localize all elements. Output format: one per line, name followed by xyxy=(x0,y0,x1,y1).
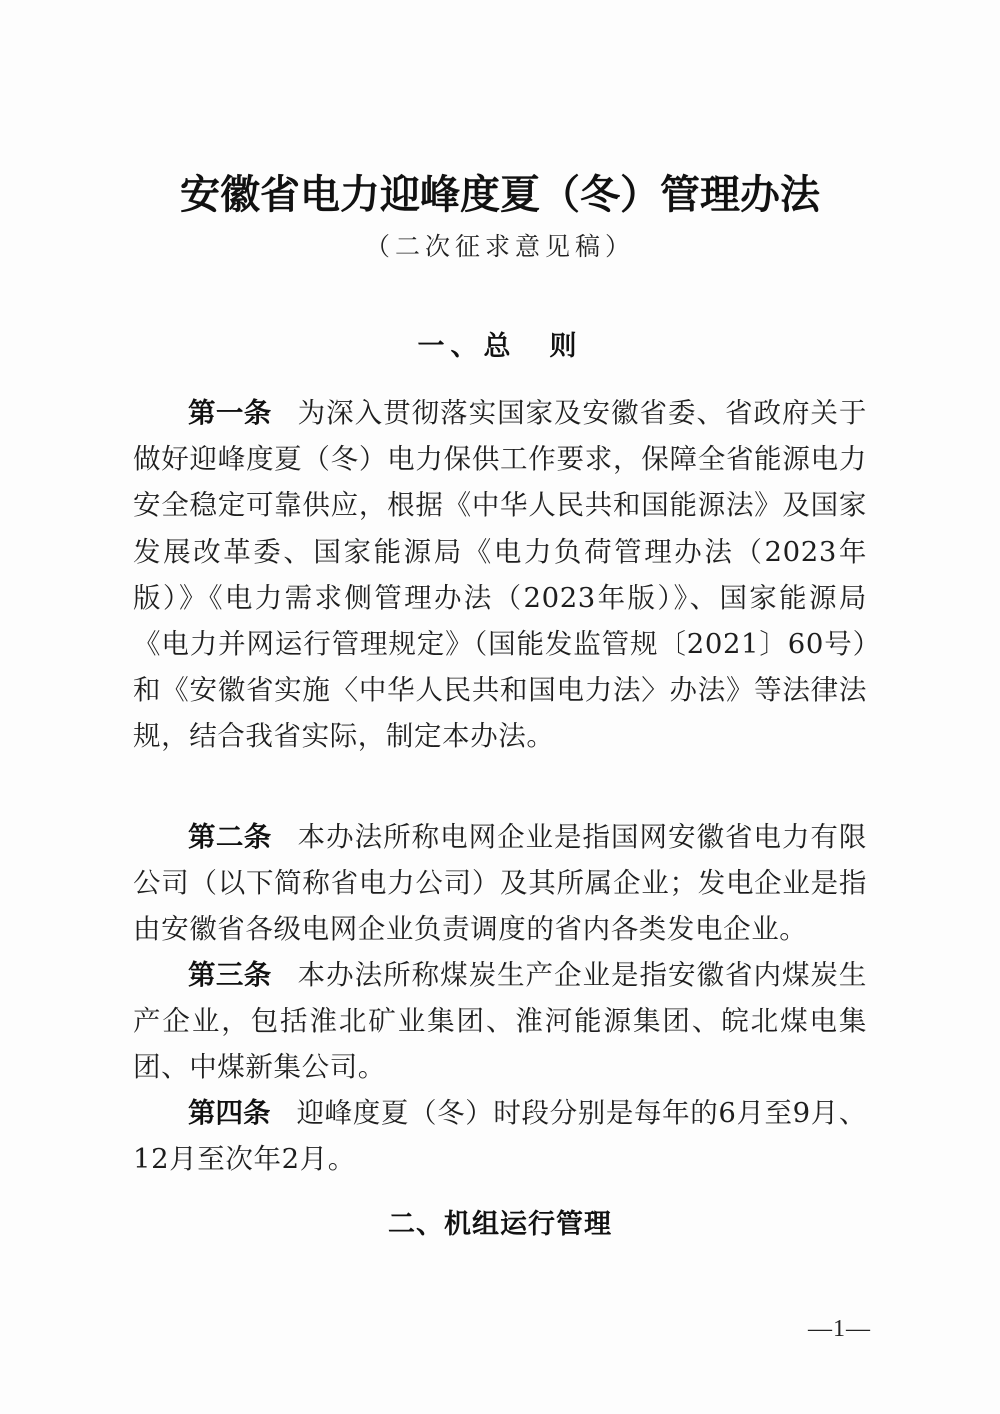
article-3: 第三条本办法所称煤炭生产企业是指安徽省内煤炭生产企业，包括淮北矿业集团、淮河能源… xyxy=(133,952,867,1091)
article-4: 第四条迎峰度夏（冬）时段分别是每年的6月至9月、12月至次年2月。 xyxy=(133,1090,867,1182)
section-heading-unit-operation: 二、机组运行管理 xyxy=(0,1205,1000,1245)
document-title: 安徽省电力迎峰度夏（冬）管理办法 xyxy=(0,170,1000,220)
article-label: 第一条 xyxy=(188,397,272,429)
article-1: 第一条为深入贯彻落实国家及安徽省委、省政府关于做好迎峰度夏（冬）电力保供工作要求… xyxy=(133,390,867,760)
document-subtitle: （二次征求意见稿） xyxy=(0,227,1000,267)
page-number: —1— xyxy=(808,1316,871,1343)
article-label: 第三条 xyxy=(188,959,272,991)
article-2: 第二条本办法所称电网企业是指国网安徽省电力有限公司（以下简称省电力公司）及其所属… xyxy=(133,814,867,953)
document-page: 安徽省电力迎峰度夏（冬）管理办法 （二次征求意见稿） 一、总 则 第一条为深入贯… xyxy=(0,0,1000,1414)
article-text: 为深入贯彻落实国家及安徽省委、省政府关于做好迎峰度夏（冬）电力保供工作要求，保障… xyxy=(133,397,867,752)
article-label: 第二条 xyxy=(188,821,272,853)
article-label: 第四条 xyxy=(188,1097,271,1129)
section-heading-general-provisions: 一、总 则 xyxy=(0,327,1000,367)
